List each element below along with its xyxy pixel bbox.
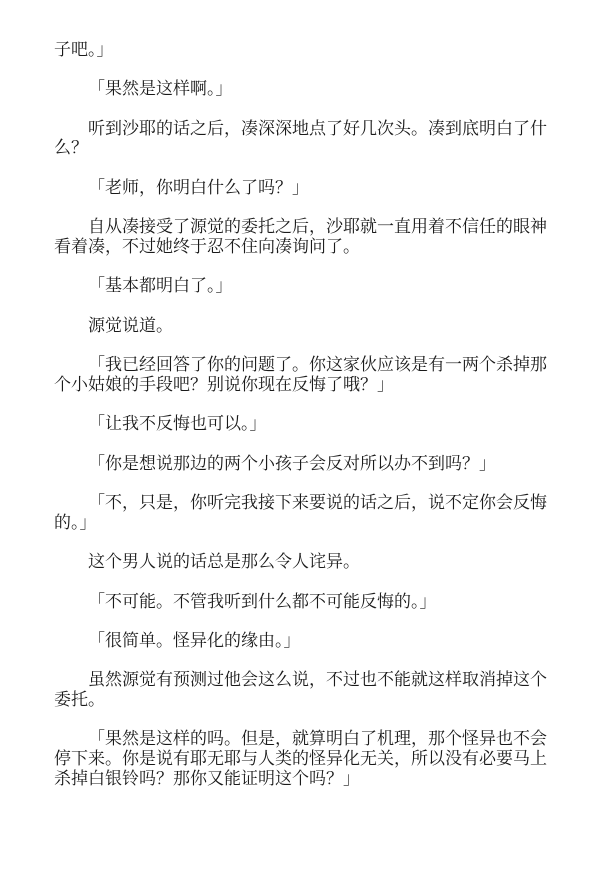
paragraph: 「果然是这样啊。」	[54, 80, 550, 100]
paragraph: 「基本都明白了。」	[54, 277, 550, 297]
paragraph: 「不可能。不管我听到什么都不可能反悔的。」	[54, 593, 550, 613]
paragraph: 自从凑接受了源觉的委托之后，沙耶就一直用着不信任的眼神看着凑，不过她终于忍不住向…	[54, 218, 550, 257]
paragraph: 「很简单。怪异化的缘由。」	[54, 632, 550, 652]
paragraph: 「让我不反悔也可以。」	[54, 415, 550, 435]
paragraph: 「老师，你明白什么了吗？」	[54, 179, 550, 199]
paragraph: 虽然源觉有预测过他会这么说，不过也不能就这样取消掉这个委托。	[54, 671, 550, 710]
paragraph: 这个男人说的话总是那么令人诧异。	[54, 553, 550, 573]
paragraph: 「果然是这样的吗。但是，就算明白了机理，那个怪异也不会停下来。你是说有耶无耶与人…	[54, 730, 550, 789]
paragraph: 源觉说道。	[54, 317, 550, 337]
paragraph: 「你是想说那边的两个小孩子会反对所以办不到吗？」	[54, 455, 550, 475]
paragraph: 子吧。」	[54, 41, 550, 61]
paragraph: 听到沙耶的话之后，凑深深地点了好几次头。凑到底明白了什么？	[54, 120, 550, 159]
document-page: 子吧。」 「果然是这样啊。」 听到沙耶的话之后，凑深深地点了好几次头。凑到底明白…	[54, 41, 550, 809]
paragraph: 「我已经回答了你的问题了。你这家伙应该是有一两个杀掉那个小姑娘的手段吧？别说你现…	[54, 356, 550, 395]
paragraph: 「不，只是，你听完我接下来要说的话之后，说不定你会反悔的。」	[54, 494, 550, 533]
